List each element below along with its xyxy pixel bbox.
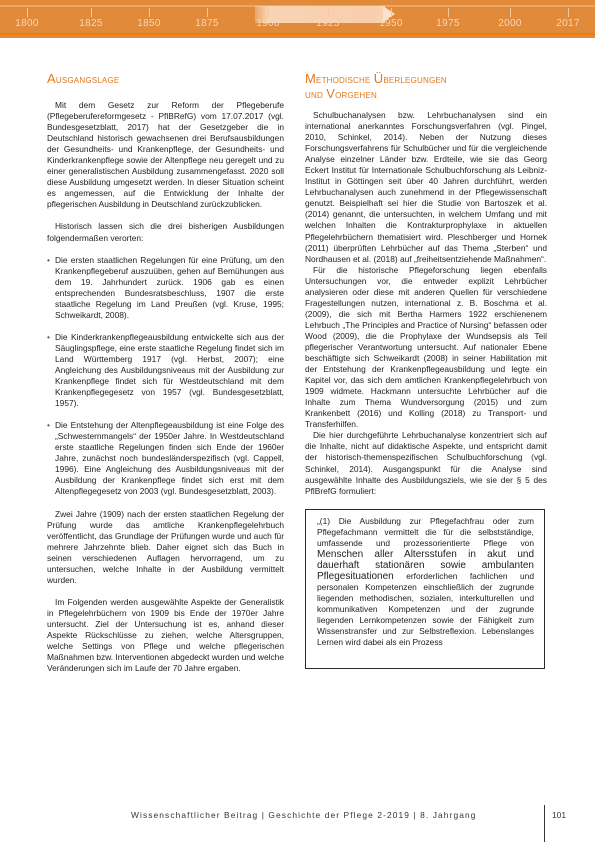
bullet-list: •Die ersten staatlichen Regelungen für e… [47,255,284,498]
timeline-tick: 2017 [528,8,595,29]
tick-mark [149,8,150,17]
heading-rest: ethodische [316,74,374,86]
heading-rest: berlegungen [383,74,447,86]
paragraph: Die hier durchgeführte Lehrbuchanalyse k… [305,430,547,496]
bullet-icon: • [47,332,50,343]
tick-mark [207,8,208,17]
bullet-item: •Die ersten staatlichen Regelungen für e… [47,255,284,321]
bullet-text: Die Entstehung der Altenpflegeausbildung… [55,420,284,496]
tick-label: 2017 [528,18,595,29]
section-heading-ausgangslage: Ausgangslage [47,72,284,87]
tick-mark [91,8,92,17]
section-heading-methodische-ueberlegungen: Methodische Überlegungen und Vorgehen [305,72,547,102]
tick-mark [391,8,392,17]
footer-divider [544,805,545,842]
bullet-item: •Die Kinderkrankenpflegeausbildung entwi… [47,332,284,409]
right-column: Methodische Überlegungen und Vorgehen Sc… [305,72,547,669]
tick-mark [510,8,511,17]
law-quote-box: „(1) Die Ausbildung zur Pflegefachfrau o… [305,509,545,669]
paragraph: Für die historische Pflegeforschung lieg… [305,265,547,431]
quote-text: erforderlichen fachlichen und personalen… [317,571,534,647]
heading-initial: V [326,86,335,101]
page-number: 101 [552,810,566,820]
timeline-baseline [0,33,595,35]
bullet-icon: • [47,255,50,266]
paragraph: Zwei Jahre (1909) nach der ersten staatl… [47,509,284,586]
bullet-text: Die ersten staatlichen Regelungen für ei… [55,255,284,320]
bullet-icon: • [47,420,50,431]
left-column: Ausgangslage Mit dem Gesetz zur Reform d… [47,72,284,685]
heading-initial: A [47,71,56,86]
bullet-item: •Die Entstehung der Altenpflegeausbildun… [47,420,284,497]
paragraph: Im Folgenden werden ausgewählte Aspekte … [47,597,284,674]
paragraph: Mit dem Gesetz zur Reform der Pflegeberu… [47,100,284,210]
heading-rest: orgehen [335,89,377,101]
tick-mark [328,8,329,17]
tick-mark [448,8,449,17]
timeline-banner: 1800182518501875190019251950197520002017 [0,0,595,38]
heading-rest: und [305,89,326,101]
paragraph: Schulbuchanalysen bzw. Lehrbuchanalysen … [305,110,547,265]
bullet-text: Die Kinderkrankenpflegeausbildung entwic… [55,332,284,408]
paragraph: Historisch lassen sich die drei bisherig… [47,221,284,243]
tick-mark [568,8,569,17]
quote-text: „(1) Die Ausbildung zur Pflegefachfrau o… [317,516,534,548]
running-footer: Wissenschaftlicher Beitrag | Geschichte … [131,810,476,820]
heading-initial: Ü [374,71,384,86]
heading-rest: usgangslage [56,74,120,86]
tick-mark [268,8,269,17]
tick-mark [27,8,28,17]
heading-initial: M [305,71,316,86]
